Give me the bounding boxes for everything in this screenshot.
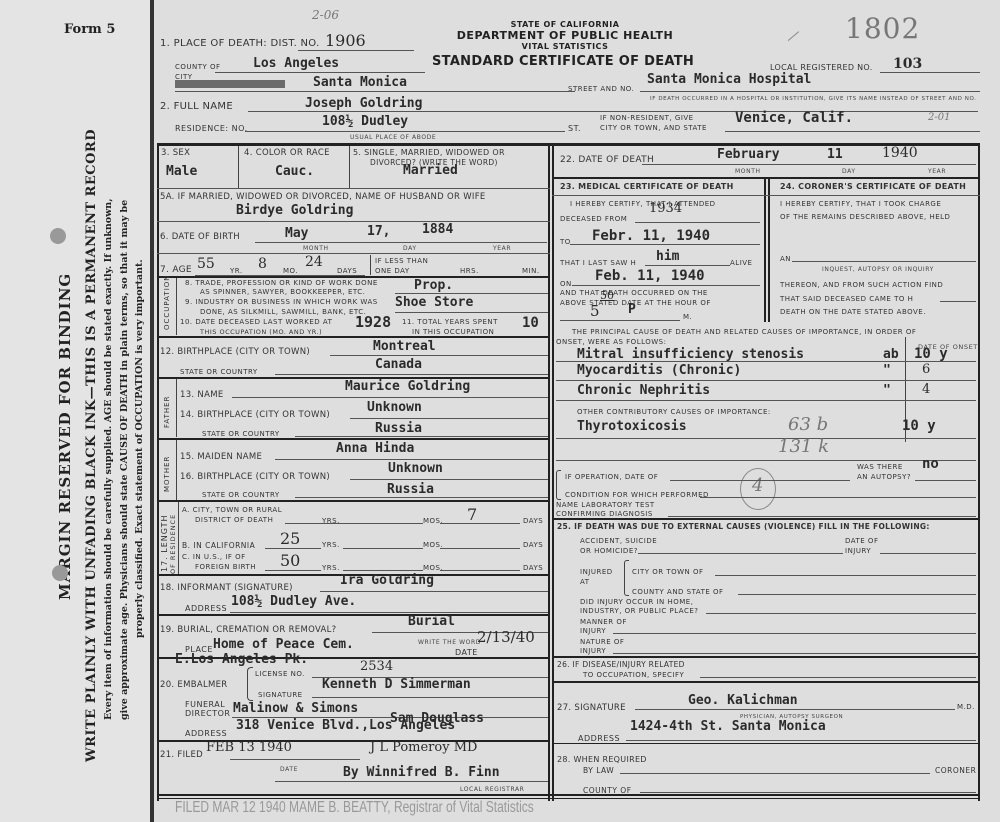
row-divider: [157, 336, 550, 338]
year-caption: YEAR: [928, 168, 946, 175]
rule: [215, 72, 425, 73]
father-state-label: STATE OR COUNTRY: [202, 430, 280, 438]
abode-note: USUAL PLACE OF ABODE: [350, 134, 436, 141]
street-label: STREET AND NO.: [568, 85, 634, 93]
funeral-label-1: FUNERAL: [185, 700, 225, 709]
row-divider: [552, 656, 980, 658]
dob-day[interactable]: 17,: [367, 224, 390, 239]
burial-label: 19. BURIAL, CREMATION OR REMOVAL?: [160, 625, 336, 635]
cause-1[interactable]: Mitral insufficiency stenosis: [577, 347, 804, 362]
rule: [350, 418, 548, 419]
coroner-line-4: THAT SAID DECEASED CAME TO H: [780, 295, 913, 303]
binding-margin: Form 5 MARGIN RESERVED FOR BINDING WRITE…: [0, 0, 150, 822]
coroner-an-label: AN: [780, 255, 791, 263]
month-caption: MONTH: [735, 168, 761, 175]
residence-length-side-label-1: 17. LENGTH: [160, 514, 169, 572]
did-injury-label-2: INDUSTRY, OR PUBLIC PLACE?: [580, 607, 698, 615]
burial-date[interactable]: 2/13/40: [477, 628, 535, 646]
rule: [275, 781, 548, 782]
father-name-label: 13. NAME: [180, 390, 224, 400]
last-saw-date[interactable]: Feb. 11, 1940: [595, 268, 705, 284]
instructions-line-3: properly classified. Exact statement of …: [134, 259, 145, 638]
instructions-line-1: Every item of information should be care…: [103, 198, 114, 720]
date-of-death-label: 22. DATE OF DEATH: [560, 155, 654, 165]
rule: [330, 355, 548, 356]
side-divider: [178, 502, 179, 574]
last-worked-label-1: 10. DATE DECEASED LAST WORKED AT: [180, 318, 332, 326]
binding-hole: [50, 228, 66, 244]
filed-label: 21. FILED: [160, 750, 203, 760]
right-border: [978, 146, 980, 801]
autopsy-value[interactable]: no: [922, 456, 939, 472]
side-divider: [176, 379, 177, 437]
coroner-line-2: OF THE REMAINS DESCRIBED ABOVE, HELD: [780, 213, 950, 221]
residence-value[interactable]: 108½ Dudley: [322, 114, 408, 129]
side-divider: [176, 440, 177, 500]
father-side-label: FATHER: [163, 396, 171, 428]
ink-notice: WRITE PLAINLY WITH UNFADING BLACK INK—TH…: [84, 129, 99, 762]
rule: [298, 50, 414, 51]
rule: [275, 459, 548, 460]
occupational-label-2: TO OCCUPATION, SPECIFY: [583, 671, 684, 679]
local-registered-no[interactable]: 103: [893, 56, 922, 72]
local-registrar[interactable]: J L Pomeroy MD: [370, 740, 477, 755]
coroner-required-label-2: BY LAW: [583, 766, 614, 775]
death-hour[interactable]: 5: [590, 302, 600, 320]
father-name[interactable]: Maurice Goldring: [345, 379, 470, 394]
occupation-side-label: OCCUPATION: [163, 274, 171, 330]
days-caption: DAYS: [523, 517, 543, 525]
rule: [230, 612, 548, 613]
form-number: Form 5: [64, 22, 115, 37]
rule: [343, 548, 423, 549]
year-caption: YEAR: [493, 245, 511, 252]
rule: [230, 759, 360, 760]
full-name-value[interactable]: Joseph Goldring: [305, 96, 422, 111]
dob-month[interactable]: May: [285, 226, 308, 241]
occurred-line-1: AND THAT DEATH OCCURRED ON THE: [560, 289, 708, 297]
spouse-value[interactable]: Birdye Goldring: [236, 203, 353, 218]
rule: [700, 497, 976, 498]
county-label: COUNTY OF: [175, 63, 221, 71]
on-label: ON: [560, 280, 572, 288]
row-divider: [552, 743, 980, 744]
row-divider: [157, 188, 550, 189]
days-caption: DAYS: [337, 267, 357, 275]
birthplace-city[interactable]: Montreal: [373, 339, 436, 354]
mo-caption: MO.: [283, 267, 298, 275]
rule: [295, 436, 548, 437]
m-label: M.: [683, 313, 692, 321]
filed-date-caption: DATE: [280, 766, 298, 773]
row-divider: [552, 177, 980, 179]
yrs-caption: YRS.: [322, 517, 340, 525]
coroner-required-label-1: 28. WHEN REQUIRED: [557, 755, 647, 764]
race-value[interactable]: Cauc.: [275, 164, 314, 179]
rule: [940, 301, 976, 302]
left-border: [157, 146, 159, 801]
death-day[interactable]: 11: [827, 147, 843, 162]
cause-2-prefix[interactable]: ": [883, 363, 891, 378]
certificate-stamp-number: 1802: [845, 12, 920, 45]
struck-out-text: [175, 80, 285, 88]
burial-place-2[interactable]: E.Los Angeles Pk.: [175, 652, 308, 667]
rule: [248, 111, 978, 112]
local-registered-label: LOCAL REGISTERED NO.: [770, 63, 873, 72]
rule: [343, 570, 423, 571]
cause-3-onset[interactable]: 4: [922, 382, 930, 397]
mother-country[interactable]: Russia: [387, 482, 434, 497]
state-filed-stamp: FILED MAR 12 1940 MAME B. BEATTY, Regist…: [175, 799, 534, 817]
brace: [556, 470, 561, 500]
rule: [295, 497, 548, 498]
injury-county-label: COUNTY AND STATE OF: [632, 588, 724, 596]
cell-divider: [238, 146, 239, 188]
md-label: M.D.: [957, 703, 975, 711]
contributory-cause[interactable]: Thyrotoxicosis: [577, 419, 687, 434]
row-divider: [552, 681, 980, 683]
funeral-address[interactable]: 318 Venice Blvd.,Los Angeles: [236, 718, 455, 733]
filed-by[interactable]: By Winnifred B. Finn: [343, 765, 500, 780]
rule: [572, 285, 760, 286]
signature-label: SIGNATURE: [258, 691, 303, 699]
res-us-label-2: FOREIGN BIRTH: [195, 563, 256, 571]
rule: [645, 265, 730, 266]
nonresident-label-2: CITY OR TOWN, AND STATE: [600, 124, 707, 132]
did-injury-label-1: DID INJURY OCCUR IN HOME,: [580, 598, 693, 606]
inquest-caption: INQUEST, AUTOPSY OR INQUIRY: [822, 266, 934, 273]
coroner-county-label: COUNTY OF: [583, 786, 632, 795]
last-worked-value[interactable]: 1928: [355, 313, 391, 331]
day-caption: DAY: [403, 245, 417, 252]
last-saw-value[interactable]: him: [656, 249, 679, 264]
res-us-label-1: C. IN U.S., IF OF: [182, 553, 246, 561]
dob-year[interactable]: 1884: [422, 222, 453, 237]
birthplace-country[interactable]: Canada: [375, 357, 422, 372]
injury-city-label: CITY OR TOWN OF: [632, 568, 704, 576]
residence-st-label: ST.: [568, 124, 581, 133]
rule: [440, 548, 520, 549]
total-years-value[interactable]: 10: [522, 315, 539, 331]
rule: [265, 548, 321, 549]
sex-label: 3. SEX: [161, 148, 190, 158]
rule: [275, 374, 548, 375]
contributory-label: OTHER CONTRIBUTORY CAUSES OF IMPORTANCE:: [577, 408, 771, 416]
date-injury-label-1: DATE OF: [845, 537, 878, 545]
age-months[interactable]: 8: [258, 256, 267, 272]
month-caption: MONTH: [303, 245, 329, 252]
birthplace-state-label: STATE OR COUNTRY: [180, 368, 258, 376]
lab-label-2: CONFIRMING DIAGNOSIS: [556, 510, 653, 518]
father-birthplace-label: 14. BIRTHPLACE (CITY OR TOWN): [180, 410, 330, 420]
rule: [638, 553, 843, 554]
mother-name[interactable]: Anna Hinda: [336, 441, 414, 456]
row-divider: [157, 253, 550, 254]
physician-address-label: ADDRESS: [578, 734, 620, 743]
cause-3-prefix[interactable]: ": [883, 383, 891, 398]
spouse-label: 5A. IF MARRIED, WIDOWED OR DIVORCED, NAM…: [160, 192, 486, 202]
cell-divider: [764, 177, 766, 322]
rule: [560, 320, 680, 321]
rule: [395, 312, 548, 313]
date-injury-label-2: INJURY: [845, 547, 871, 555]
death-year[interactable]: 1940: [882, 145, 918, 161]
industry-label-1: 9. INDUSTRY OR BUSINESS IN WHICH WORK WA…: [185, 298, 378, 306]
rule: [626, 740, 976, 741]
instructions-line-2: give approximate age. Physicians should …: [119, 200, 130, 720]
row-divider: [157, 276, 550, 278]
father-birthplace[interactable]: Unknown: [367, 400, 422, 415]
burial-date-label: DATE: [455, 648, 478, 657]
rule: [640, 91, 980, 92]
row-divider: [157, 500, 550, 502]
nonresident-value[interactable]: Venice, Calif.: [735, 110, 853, 126]
residence-label: RESIDENCE: NO.: [175, 124, 248, 133]
trade-label-1: 8. TRADE, PROFESSION OR KIND OF WORK DON…: [185, 279, 378, 287]
age-days[interactable]: 24: [305, 254, 323, 270]
binding-notice: MARGIN RESERVED FOR BINDING: [56, 273, 74, 600]
rule: [175, 91, 575, 92]
rule: [232, 397, 548, 398]
local-registrar-caption: LOCAL REGISTRAR: [460, 786, 524, 793]
marital-value[interactable]: Married: [403, 163, 458, 178]
binding-hole: [52, 565, 68, 581]
coroner-line-5: DEATH ON THE DATE STATED ABOVE.: [780, 308, 926, 316]
county-value[interactable]: Los Angeles: [253, 56, 339, 71]
residence-length-side-label-2: OF RESIDENCE: [169, 514, 177, 574]
race-label: 4. COLOR OR RACE: [244, 148, 330, 158]
coroner-caption: CORONER: [935, 766, 976, 775]
place-of-death-label: 1. PLACE OF DEATH: DIST. NO.: [160, 38, 320, 49]
total-years-label-2: IN THIS OCCUPATION: [412, 328, 494, 336]
dob-label: 6. DATE OF BIRTH: [160, 232, 240, 242]
principal-cause-label-1: THE PRINCIPAL CAUSE OF DEATH AND RELATED…: [572, 328, 916, 336]
industry-label-2: DONE, AS SILKMILL, SAWMILL, BANK, ETC.: [200, 308, 366, 316]
cell-divider: [370, 255, 371, 275]
rule: [635, 709, 955, 710]
cause-1-onset[interactable]: 10 y: [914, 346, 948, 362]
brace: [247, 667, 253, 701]
marital-label-1: 5. SINGLE, MARRIED, WIDOWED OR: [353, 148, 505, 157]
trade-value[interactable]: Prop.: [414, 278, 453, 293]
informant-name[interactable]: Ira Goldring: [340, 573, 434, 588]
rule: [915, 480, 976, 481]
accident-label-2: OR HOMICIDE?: [580, 547, 638, 555]
rule: [440, 523, 520, 524]
row-divider: [157, 221, 550, 222]
rule: [255, 242, 547, 243]
res-ca-years[interactable]: 25: [280, 529, 300, 548]
cause-2-onset[interactable]: 6: [922, 362, 930, 377]
res-city-label-2: DISTRICT OF DEATH: [195, 516, 273, 524]
nature-label-1: NATURE OF: [580, 638, 624, 646]
res-us-years[interactable]: 50: [280, 551, 300, 570]
funeral-label-2: DIRECTOR: [185, 709, 230, 718]
rule: [556, 438, 976, 439]
industry-value[interactable]: Shoe Store: [395, 295, 473, 310]
physician-signature-label: 27. SIGNATURE: [557, 703, 626, 713]
section-divider: [157, 143, 980, 146]
less-than-day-label-1: IF LESS THAN: [375, 257, 428, 265]
handwritten-code-2: 131 k: [778, 436, 829, 457]
embalmer-signature[interactable]: Kenneth D Simmerman: [322, 677, 471, 692]
rule: [670, 480, 850, 481]
res-city-label-1: A. CITY, TOWN OR RURAL: [182, 506, 282, 514]
rule: [245, 131, 565, 132]
coroner-certificate-title: 24. CORONER'S CERTIFICATE OF DEATH: [780, 182, 966, 191]
physician-address[interactable]: 1424-4th St. Santa Monica: [630, 719, 826, 734]
mother-state-label: STATE OR COUNTRY: [202, 491, 280, 499]
handwritten-circle-note: 4: [752, 475, 763, 496]
handwritten-note-top: 2-06: [312, 8, 339, 22]
contributory-onset[interactable]: 10 y: [902, 418, 936, 434]
side-divider: [176, 278, 177, 335]
city-value[interactable]: Santa Monica: [313, 75, 407, 90]
rule: [440, 570, 520, 571]
rule: [343, 523, 423, 524]
yrs-caption: YRS.: [322, 564, 340, 572]
street-value[interactable]: Santa Monica Hospital: [647, 72, 811, 87]
days-caption: DAYS: [523, 541, 543, 549]
rule: [620, 773, 930, 774]
row-divider: [157, 438, 550, 440]
cause-3[interactable]: Chronic Nephritis: [577, 383, 710, 398]
manner-label-2: INJURY: [580, 627, 606, 635]
mother-birthplace[interactable]: Unknown: [388, 461, 443, 476]
death-minute[interactable]: 50: [600, 289, 614, 302]
column-divider: [548, 146, 550, 801]
lab-label-1: NAME LABORATORY TEST: [556, 501, 655, 509]
write-word-caption: WRITE THE WORD: [418, 639, 481, 646]
yr-caption: YR.: [230, 267, 243, 275]
rule: [880, 72, 980, 73]
rule: [635, 222, 760, 223]
trade-label-2: AS SPINNER, SAWYER, BOOKKEEPER, ETC.: [200, 288, 365, 296]
filed-date[interactable]: FEB 13 1940: [206, 740, 292, 755]
res-city-months[interactable]: 7: [467, 505, 477, 524]
alive-label: ALIVE: [730, 259, 752, 267]
rule: [556, 361, 976, 362]
rule: [880, 553, 976, 554]
rule: [350, 479, 548, 480]
burial-type[interactable]: Burial: [408, 614, 455, 629]
rule: [640, 792, 976, 793]
certify-line-1: I HEREBY CERTIFY, THAT I ATTENDED: [570, 200, 716, 208]
occupational-label-1: 26. IF DISEASE/INJURY RELATED: [557, 660, 685, 669]
attended-to[interactable]: Febr. 11, 1940: [592, 228, 710, 244]
license-label: LICENSE NO.: [255, 670, 305, 678]
day-caption: DAY: [842, 168, 856, 175]
yrs-caption: YRS.: [322, 541, 340, 549]
external-causes-title: 25. IF DEATH WAS DUE TO EXTERNAL CAUSES …: [557, 522, 930, 531]
death-month[interactable]: February: [717, 147, 780, 162]
embalmer-label: 20. EMBALMER: [160, 680, 228, 690]
rule: [738, 594, 976, 595]
days-caption: DAYS: [523, 564, 543, 572]
nonresident-label-1: IF NON-RESIDENT, GIVE: [600, 114, 694, 122]
certificate-title: STANDARD CERTIFICATE OF DEATH: [432, 54, 694, 69]
hrs-caption: HRS.: [460, 267, 479, 275]
cause-2[interactable]: Myocarditis (Chronic): [577, 363, 741, 378]
rule: [642, 164, 976, 165]
street-note: IF DEATH OCCURRED IN A HOSPITAL OR INSTI…: [650, 96, 977, 102]
informant-label: 18. INFORMANT (SIGNATURE): [160, 583, 293, 593]
mother-side-label: MOTHER: [163, 456, 171, 492]
rule: [556, 460, 976, 461]
autopsy-label-1: WAS THERE: [857, 463, 903, 471]
injured-label-1: INJURED: [580, 568, 613, 576]
funeral-address-label: ADDRESS: [185, 729, 227, 738]
row-divider: [157, 614, 550, 616]
rule: [725, 131, 980, 132]
rule: [265, 570, 321, 571]
coroner-line-3: THEREON, AND FROM SUCH ACTION FIND: [780, 281, 943, 289]
informant-address-label: ADDRESS: [185, 604, 227, 613]
attended-from[interactable]: 1934: [649, 201, 682, 216]
mother-birthplace-label: 16. BIRTHPLACE (CITY OR TOWN): [180, 472, 330, 482]
rule: [320, 591, 548, 592]
rule: [792, 261, 976, 262]
rule: [570, 244, 760, 245]
birthplace-label: 12. BIRTHPLACE (CITY OR TOWN): [160, 347, 310, 357]
death-ampm[interactable]: P: [628, 302, 636, 317]
full-name-label: 2. FULL NAME: [160, 101, 233, 112]
cell-divider: [768, 177, 770, 322]
medical-certificate-title: 23. MEDICAL CERTIFICATE OF DEATH: [560, 182, 734, 191]
physician-signature[interactable]: Geo. Kalichman: [688, 693, 798, 708]
rule: [395, 293, 548, 294]
license-value[interactable]: 2534: [360, 659, 393, 674]
last-saw-label: THAT I LAST SAW H: [560, 259, 636, 267]
total-years-label-1: 11. TOTAL YEARS SPENT: [402, 318, 498, 326]
informant-address[interactable]: 108½ Dudley Ave.: [231, 594, 356, 609]
handwritten-note-right: 2-01: [928, 112, 950, 123]
coroner-line-1: I HEREBY CERTIFY, THAT I TOOK CHARGE: [780, 200, 941, 208]
district-no[interactable]: 1906: [325, 31, 366, 50]
funeral-director[interactable]: Malinow & Simons: [233, 701, 358, 716]
rule: [715, 575, 976, 576]
division-heading: VITAL STATISTICS: [460, 42, 670, 51]
injured-label-2: AT: [580, 578, 590, 586]
accident-label-1: ACCIDENT, SUICIDE: [580, 537, 657, 545]
last-worked-label-2: THIS OCCUPATION (MO. AND YR.): [200, 328, 322, 336]
res-ca-label: B. IN CALIFORNIA: [182, 541, 255, 550]
column-divider: [552, 146, 554, 801]
principal-cause-label-2: ONSET, WERE AS FOLLOWS:: [556, 338, 666, 346]
burial-place[interactable]: Home of Peace Cem.: [213, 637, 354, 652]
manner-label-1: MANNER OF: [580, 618, 627, 626]
brace: [624, 560, 629, 596]
rule: [556, 380, 976, 381]
row-divider: [552, 195, 980, 196]
father-country[interactable]: Russia: [375, 421, 422, 436]
bottom-divider: [157, 794, 980, 796]
autopsy-label-2: AN AUTOPSY?: [857, 473, 911, 481]
sex-value[interactable]: Male: [166, 164, 197, 179]
age-years[interactable]: 55: [197, 256, 215, 272]
rule: [613, 633, 976, 634]
rule: [668, 516, 976, 517]
row-divider: [552, 518, 980, 520]
nature-label-2: INJURY: [580, 647, 606, 655]
cause-1-prefix[interactable]: ab: [883, 347, 899, 362]
less-than-day-label-2: ONE DAY: [375, 267, 410, 275]
min-caption: MIN.: [522, 267, 540, 275]
handwritten-code-1: 63 b: [788, 414, 828, 435]
from-label: DECEASED FROM: [560, 215, 627, 223]
rule: [700, 677, 976, 678]
rule: [706, 613, 976, 614]
